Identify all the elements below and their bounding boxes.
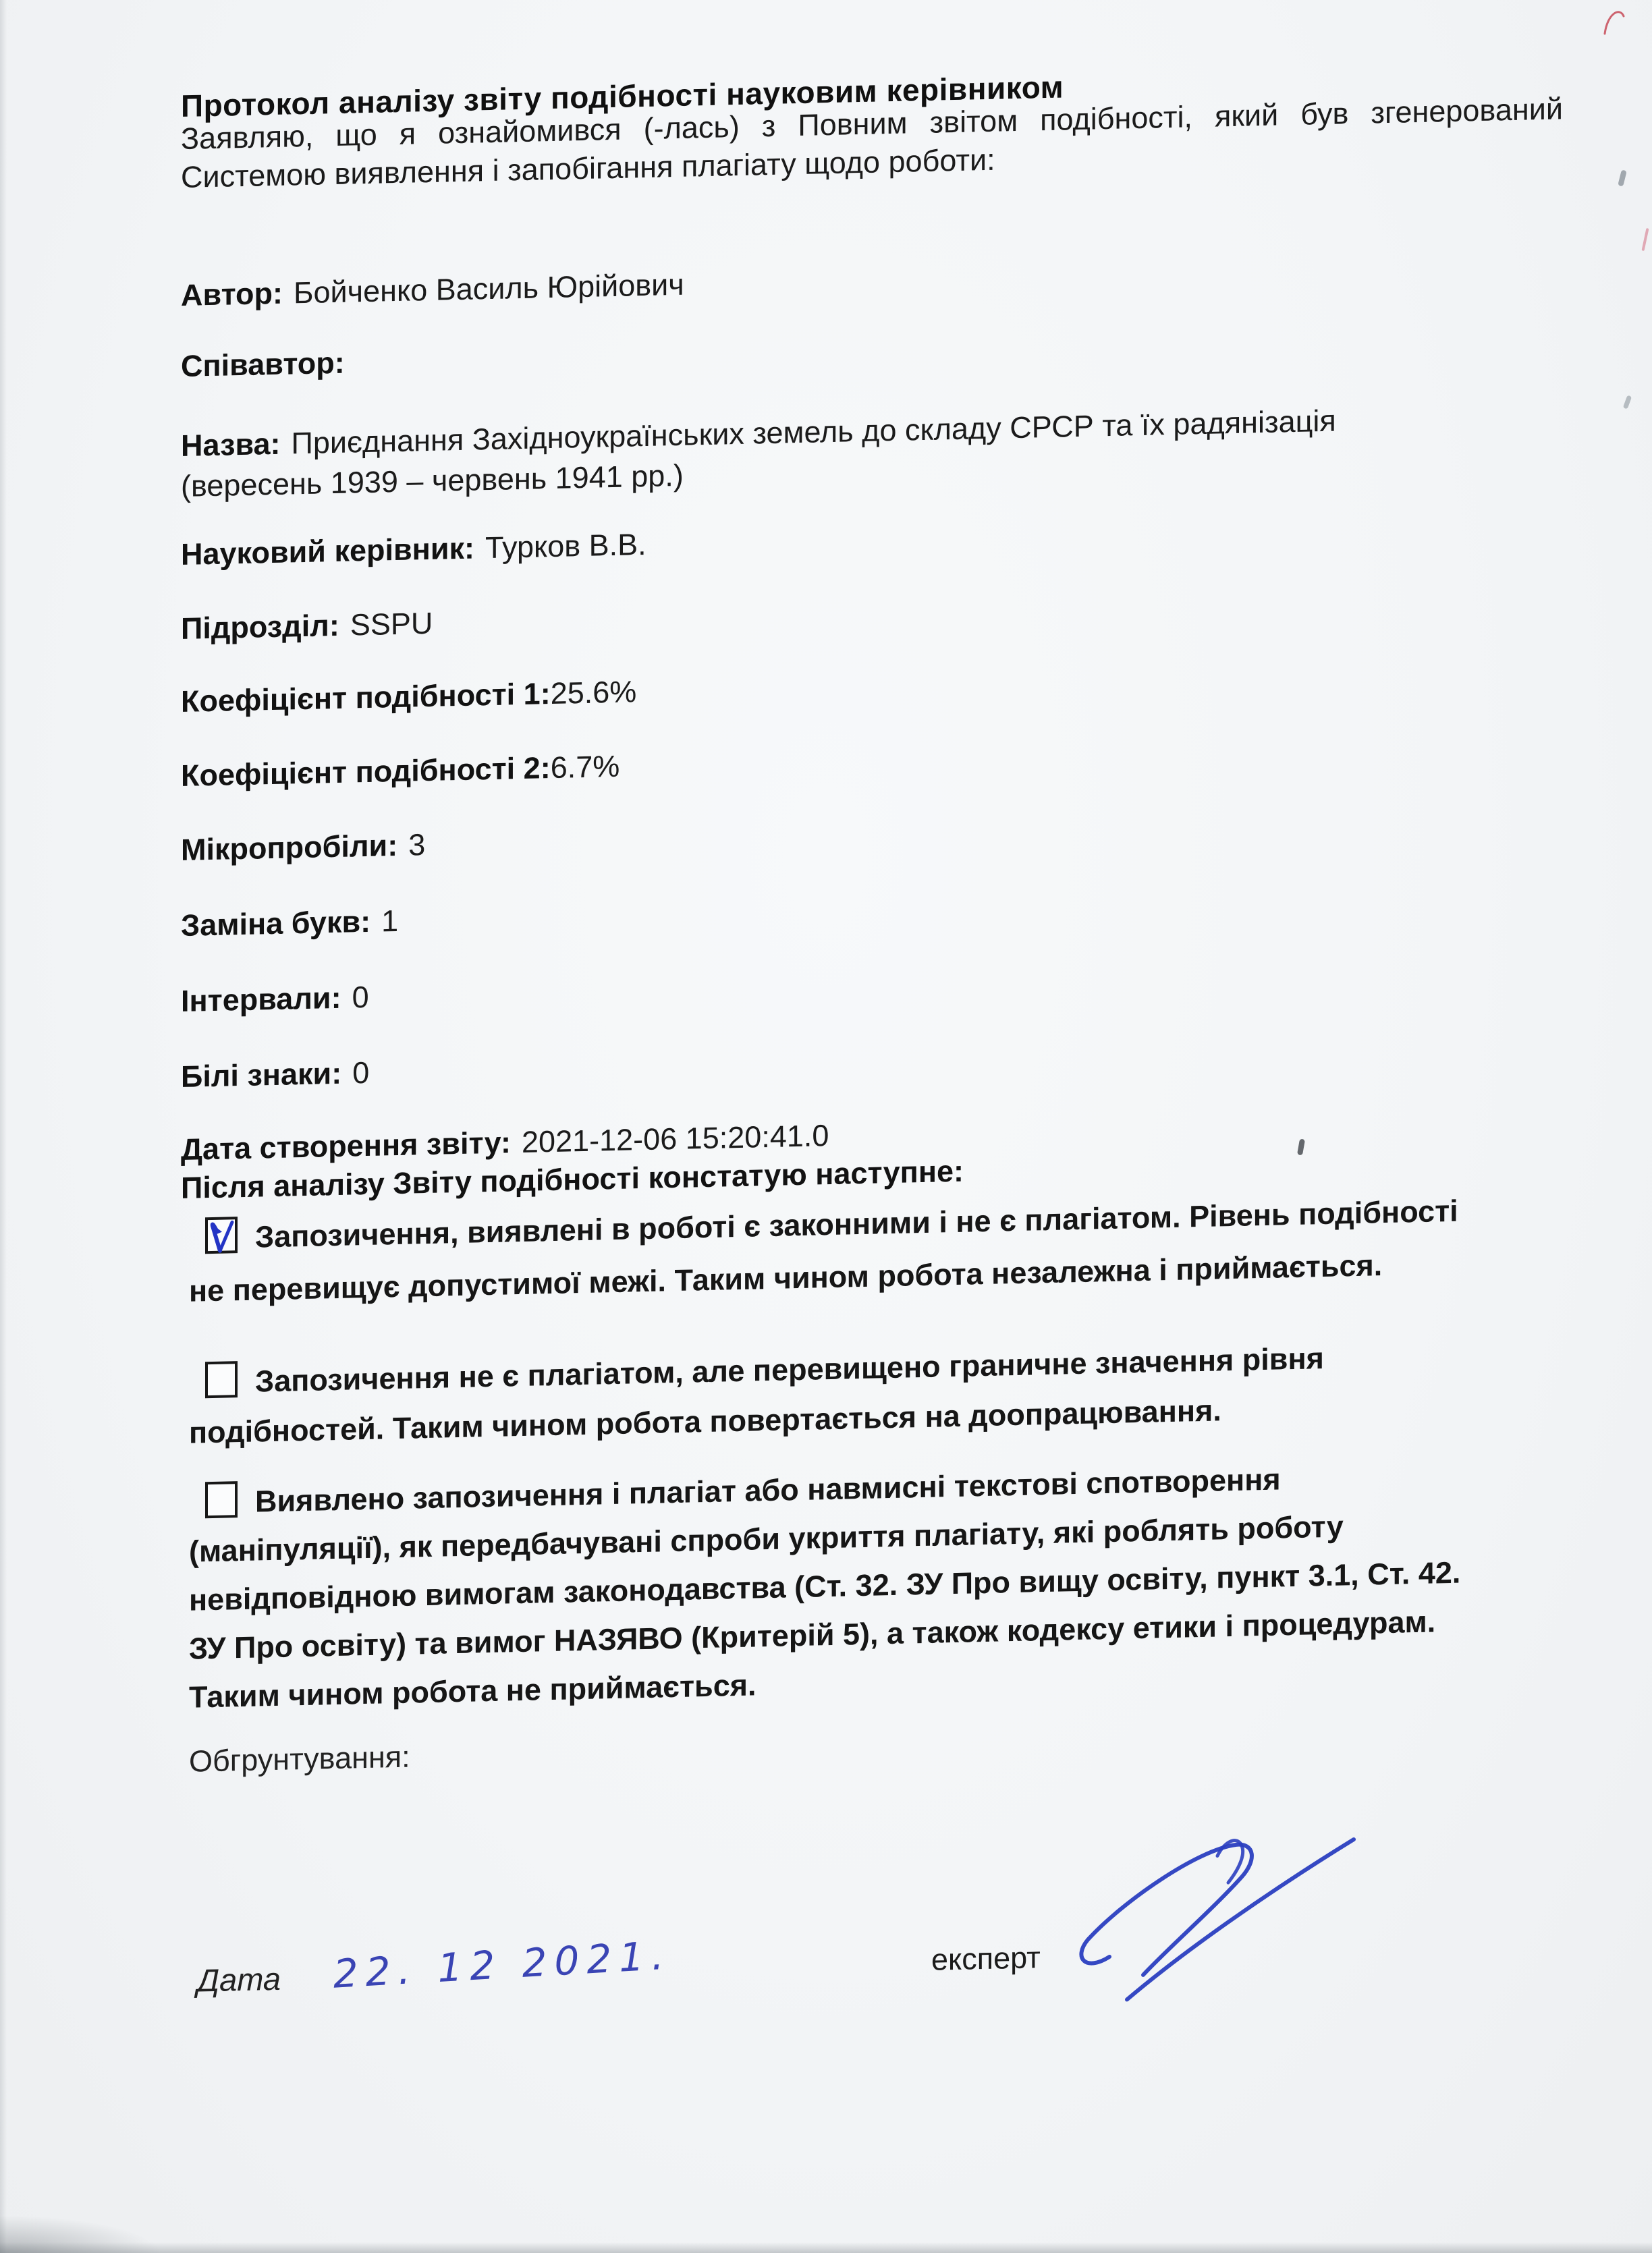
work-title-label: Назва: [181,426,281,463]
statement-1-checkbox[interactable] [205,1217,238,1254]
scan-artifact-speck [1623,395,1632,409]
expert-signature [1045,1775,1362,2018]
intervals-value: 0 [352,980,369,1015]
letter-replacement-value: 1 [381,903,398,939]
scan-artifact-tick [1618,169,1627,186]
expert-label: експерт [931,1940,1041,1978]
supervisor-value: Турков В.В. [485,527,646,565]
author-label: Автор: [181,276,283,312]
statement-option-1: Запозичення, виявлені в роботі є законни… [181,1182,1571,1318]
statement-1-text: Запозичення, виявлені в роботі є законни… [189,1194,1458,1308]
white-characters-label: Білі знаки: [181,1056,341,1094]
white-characters-value: 0 [352,1055,369,1090]
department-value: SSPU [350,606,433,642]
coauthor-label: Співавтор: [181,345,345,383]
scan-edge-bottom-shadow [0,2242,1652,2253]
similarity-coefficient-1-value: 25.6% [551,674,637,711]
scan-edge-left-shadow [0,0,7,2253]
statement-2-checkbox[interactable] [205,1361,238,1398]
similarity-coefficient-1-label: Коефіцієнт подібності 1: [181,676,551,719]
document-content: Протокол аналізу звіту подібності науков… [181,0,1563,2253]
statement-2-text: Запозичення не є плагіатом, але перевище… [189,1341,1324,1450]
microspaces-label: Мікропробіли: [181,828,397,867]
justification-label: Обгрунтування: [189,1714,1571,1779]
letter-replacement-label: Заміна букв: [181,904,370,943]
scan-artifact-red-curl [1601,4,1628,36]
statement-option-2: Запозичення не є плагіатом, але перевище… [181,1328,1571,1458]
date-label: Дата [197,1961,281,1999]
handwritten-date: 22. 12 2021. [333,1932,672,1997]
similarity-coefficient-2-label: Коефіцієнт подібності 2: [181,750,551,793]
checkmark-icon [205,1211,240,1256]
supervisor-label: Науковий керівник: [181,531,474,572]
department-label: Підрозділ: [181,608,339,646]
microspaces-value: 3 [408,827,425,862]
statement-option-3: Виявлено запозичення і плагіат або навми… [181,1449,1571,1722]
statement-3-checkbox[interactable] [205,1481,238,1518]
scanned-document-page: { "document": { "title": "Протокол аналі… [0,0,1652,2253]
similarity-coefficient-2-value: 6.7% [551,749,620,785]
statement-3-text: Виявлено запозичення і плагіат або навми… [189,1462,1460,1714]
intervals-label: Інтервали: [181,980,341,1018]
scan-artifact-pink-hairline [1642,228,1649,251]
footer-date-row: Дата22. 12 2021. [197,1925,1579,2001]
